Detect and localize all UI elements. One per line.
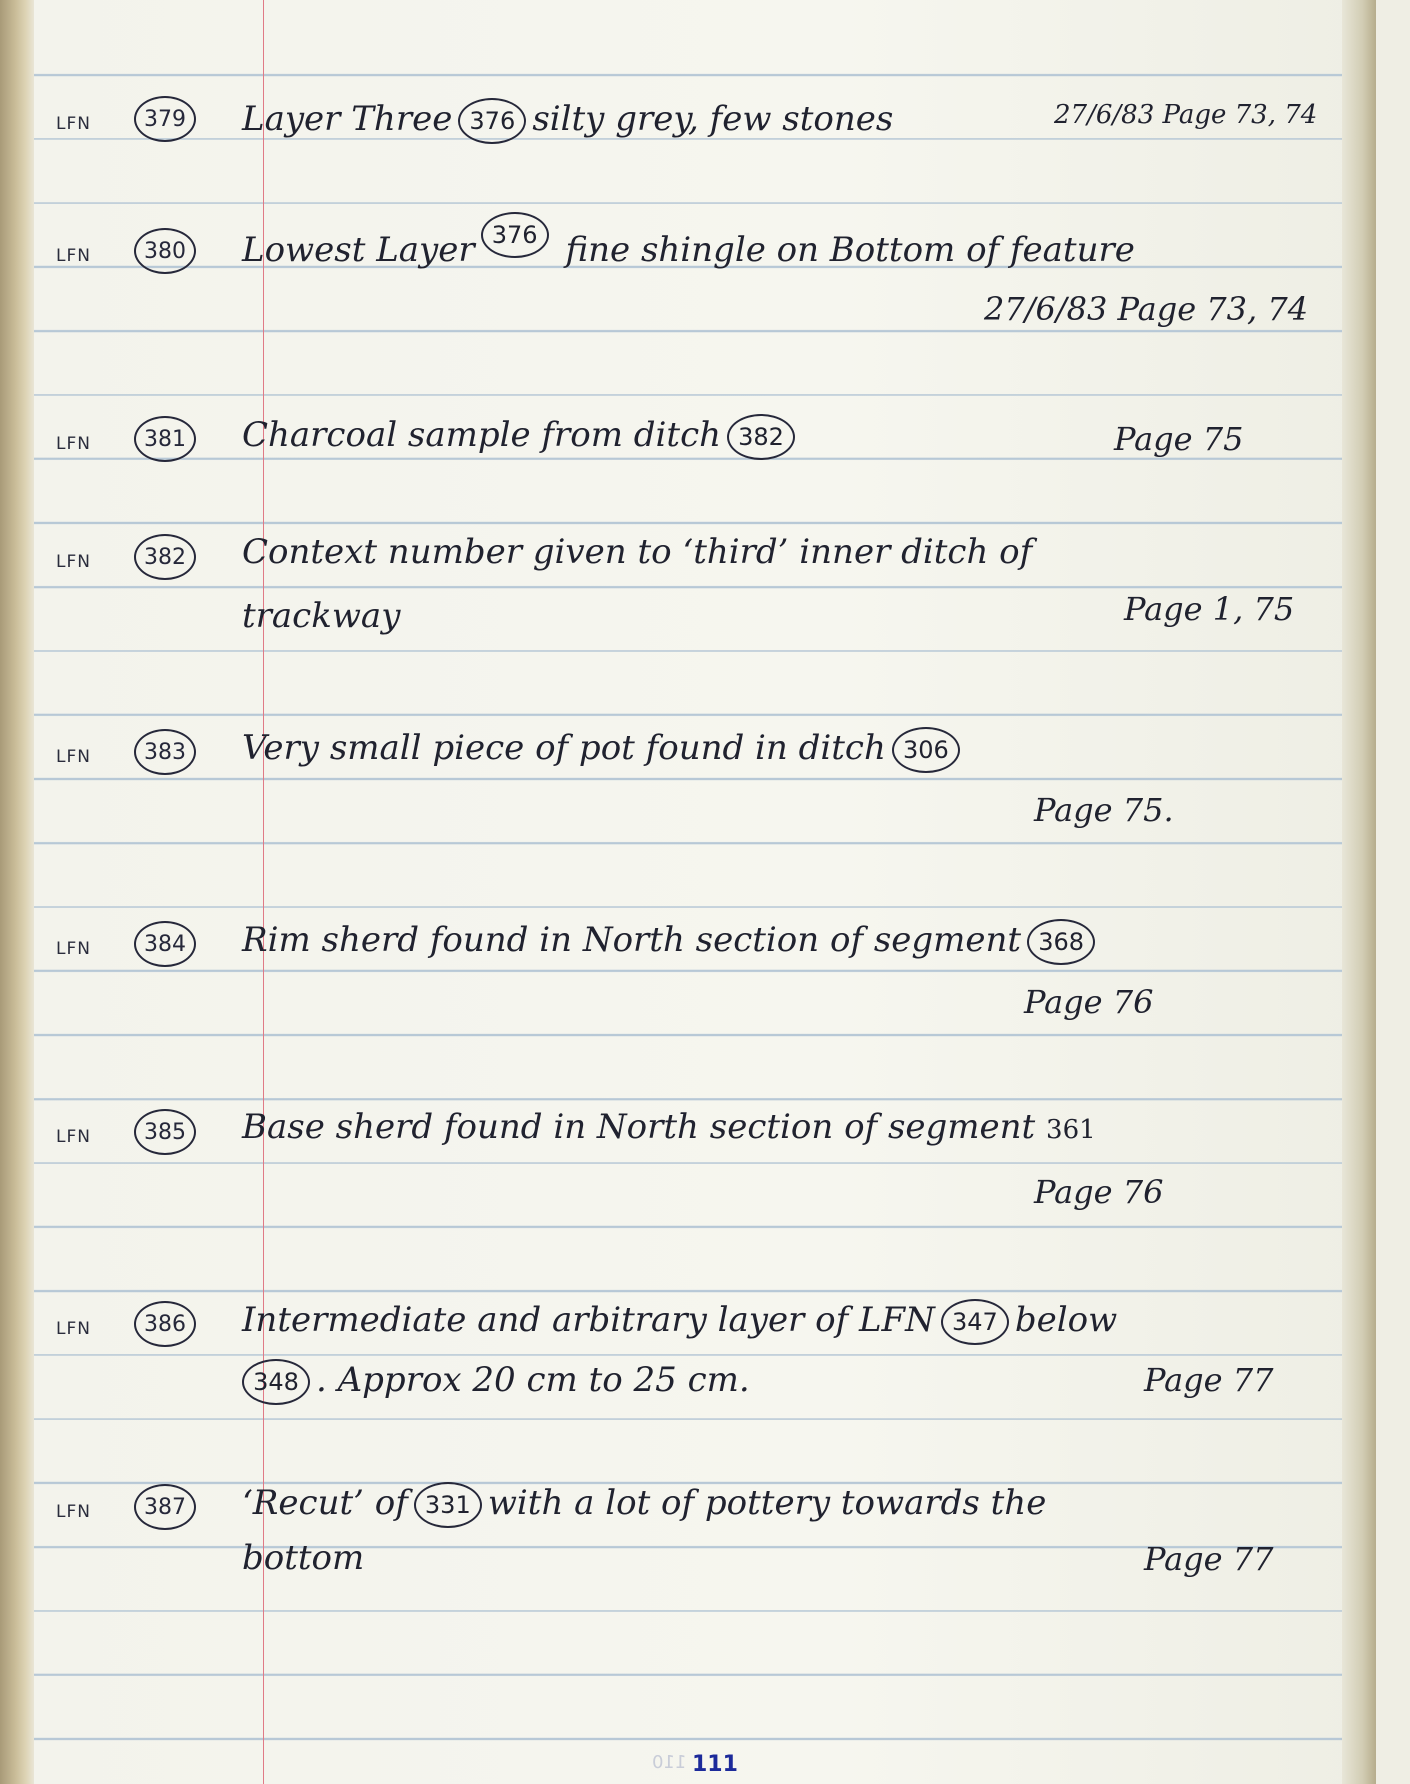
context-number: 379: [134, 96, 196, 142]
lfn-label: LFN: [56, 434, 91, 454]
ref-context: 368: [1027, 919, 1095, 965]
context-number: 385: [134, 1109, 196, 1155]
ref-context: 376: [458, 98, 526, 144]
page-number: 111: [692, 1752, 738, 1777]
lfn-label: LFN: [56, 114, 91, 134]
ref-context: 382: [727, 414, 795, 460]
entry-continuation: 348. Approx 20 cm to 25 cm.: [242, 1359, 750, 1405]
date-page: 27/6/83 Page 73, 74: [984, 290, 1308, 328]
entry-description: Base sherd found in North section of seg…: [242, 1107, 1096, 1147]
lfn-label: LFN: [56, 1127, 91, 1147]
ref-context: 331: [414, 1482, 482, 1528]
lfn-label: LFN: [56, 747, 91, 767]
page-reference: Page 76: [1034, 1173, 1163, 1211]
entry-description: Lowest Layer376 fine shingle on Bottom o…: [242, 230, 1135, 270]
lfn-label: LFN: [56, 939, 91, 959]
ref-context: 376: [481, 212, 549, 258]
page-reference: Page 77: [1144, 1540, 1273, 1578]
entry-description: Very small piece of pot found in ditch30…: [242, 727, 966, 773]
entry-description: Intermediate and arbitrary layer of LFN3…: [242, 1299, 1117, 1345]
notebook-page: LFN 379 Layer Three376silty grey, few st…: [34, 0, 1376, 1784]
bleed-through-page-number: 110: [652, 1752, 686, 1773]
ref-context: 347: [941, 1299, 1009, 1345]
context-number: 381: [134, 416, 196, 462]
date-page: 27/6/83 Page 73, 74: [1054, 100, 1317, 130]
entry-continuation: trackway: [242, 596, 400, 636]
context-number: 380: [134, 228, 196, 274]
entry-description: Context number given to ‘third’ inner di…: [242, 532, 1032, 572]
ref-context: 306: [892, 727, 960, 773]
context-number: 387: [134, 1484, 196, 1530]
page-reference: Page 77: [1144, 1361, 1273, 1399]
entry-description: ‘Recut’ of331with a lot of pottery towar…: [242, 1482, 1046, 1528]
page-reference: Page 75.: [1034, 791, 1174, 829]
entry-description: Layer Three376silty grey, few stones: [242, 98, 893, 144]
lfn-label: LFN: [56, 1502, 91, 1522]
entry-description: Rim sherd found in North section of segm…: [242, 919, 1101, 965]
context-number: 386: [134, 1301, 196, 1347]
page-reference: Page 76: [1024, 983, 1153, 1021]
plain-context: 361: [1046, 1115, 1096, 1145]
page-reference: Page 75: [1114, 420, 1243, 458]
context-number: 383: [134, 729, 196, 775]
entry-description: Charcoal sample from ditch382: [242, 414, 801, 460]
page-edge: [1342, 0, 1376, 1784]
notebook-binding: [0, 0, 34, 1784]
lfn-label: LFN: [56, 552, 91, 572]
context-number: 382: [134, 534, 196, 580]
entry-continuation: bottom: [242, 1538, 364, 1578]
context-number: 384: [134, 921, 196, 967]
page-reference: Page 1, 75: [1124, 590, 1294, 628]
ref-context: 348: [242, 1359, 310, 1405]
lfn-label: LFN: [56, 1319, 91, 1339]
lfn-label: LFN: [56, 246, 91, 266]
